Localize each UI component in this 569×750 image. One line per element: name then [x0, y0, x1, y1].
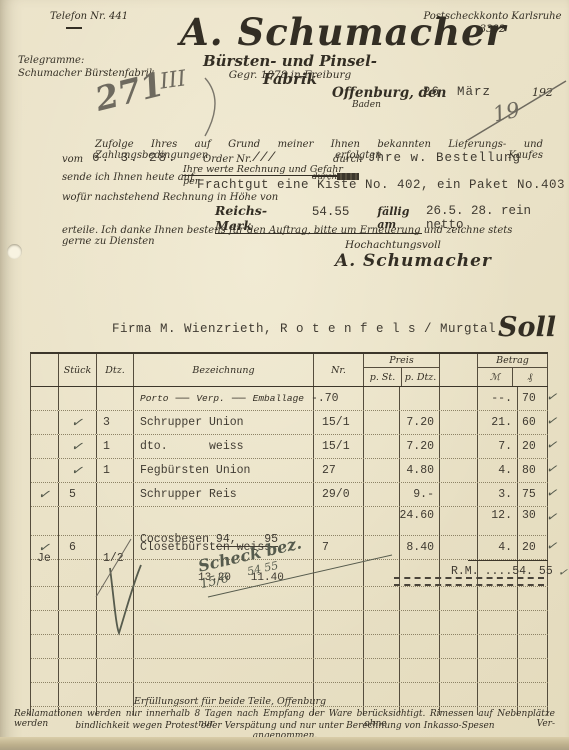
emballage-label: Emballage — [253, 393, 304, 404]
page-bottom-edge — [0, 737, 569, 750]
year-preprint: 192 — [532, 86, 553, 99]
telegramme-label: Telegramme: — [18, 55, 84, 66]
betrag-pf-header: ₰ — [512, 368, 547, 386]
vom-value: 6. 3. 28. — [92, 151, 178, 165]
col-stueck-header: Stück — [59, 354, 97, 386]
betrag-header: Betrag — [478, 354, 547, 368]
col-bezeichnung-header: Bezeichnung — [134, 354, 314, 386]
betrag-pf-cell: 60✓ — [518, 411, 548, 434]
wofuer-label: wofür nachstehend Rechnung in Höhe von — [62, 192, 278, 203]
erfuellungsort-line: Erfüllungsort für beide Teile, Offenburg — [130, 696, 330, 707]
col-margin-header — [31, 354, 59, 386]
dtz-cell: 3 — [97, 411, 134, 434]
date-typed: 26. März — [423, 85, 491, 99]
preis-p-st-header: p. St. — [364, 368, 401, 386]
betrag-mark-cell: 7. — [478, 435, 518, 458]
betrag-mark-cell: 21. — [478, 411, 518, 434]
betrag-pf-cell: 20✓ — [518, 536, 548, 559]
bezeichnung-cell: Schrupper Union — [134, 411, 314, 434]
company-founded: Gegr. 1878 in Freiburg — [180, 69, 400, 81]
nr-cell: 15/1 — [314, 435, 364, 458]
betrag-subheaders: ℳ ₰ — [478, 368, 547, 386]
col-dtz-header: Dtz. — [97, 354, 134, 386]
table-row: ✓ 5 Schrupper Reis 29/0 9.- 3. 75✓ — [31, 483, 548, 507]
table-row: ✓ 1 dto. weiss 15/1 7.20 7. 20✓ — [31, 435, 548, 459]
table-header: Stück Dtz. Bezeichnung Nr. Preis p. St. … — [31, 354, 548, 387]
betrag-pf-cell: 75✓ — [518, 483, 548, 506]
invoice-table: Stück Dtz. Bezeichnung Nr. Preis p. St. … — [30, 352, 548, 715]
check-mark: ✓ — [544, 461, 560, 477]
nr-cell: 15/1 — [314, 411, 364, 434]
col-nr-header: Nr. — [314, 354, 364, 386]
postscheck-line2: 3392 — [420, 24, 565, 35]
check-mark: ✓ — [544, 485, 560, 501]
stueck-cell: 5 — [59, 483, 97, 506]
betrag-pf-cell: 20✓ — [518, 435, 548, 458]
betrag-mark-cell: 4. — [478, 536, 518, 559]
total-double-dash-rule — [394, 577, 544, 586]
sende-label: sende ich Ihnen heute auf — [62, 172, 194, 183]
empty-row — [31, 611, 548, 635]
empty-row — [31, 659, 548, 683]
check-mark: ✓ — [544, 509, 560, 525]
check-mark: ✓ — [36, 539, 53, 556]
p-dtz-cell: 4.80 — [400, 459, 440, 482]
col-preis-group: Preis p. St. p. Dtz. — [364, 354, 440, 386]
soll-label: Soll — [498, 312, 556, 343]
table-row: Je 1/2 Cocosbesen 94, 95 13.20 11.40 24.… — [31, 507, 548, 536]
betrag-pf-cell: 70✓ — [518, 387, 548, 410]
empty-row — [31, 587, 548, 611]
total-overline — [468, 560, 548, 561]
p-dtz-cell: 9.- — [400, 483, 440, 506]
postscheck-line1: Postscheckkonto Karlsruhe — [420, 11, 565, 22]
nr-cell: 27 — [314, 459, 364, 482]
dtz-cell: 1 — [97, 435, 134, 458]
betrag-mark-cell: 4. — [478, 459, 518, 482]
handwritten-reference-roman: III — [158, 66, 187, 94]
regards-label: Hochachtungsvoll — [345, 239, 441, 251]
telefon-number: Telefon Nr. 441 — [50, 11, 128, 22]
telefon-dash — [66, 27, 82, 29]
p-dtz-cell: 7.20 — [400, 435, 440, 458]
check-mark: ✓ — [544, 437, 560, 453]
betrag-pf-cell: 80✓ — [518, 459, 548, 482]
p-dtz-cell: 7.20 — [400, 411, 440, 434]
bezeichnung-cell: Fegbürsten Union — [134, 459, 314, 482]
handwritten-year: 19 — [491, 97, 522, 126]
check-mark: ✓ — [36, 486, 53, 503]
durch-value: Jhre w. Bestellung — [368, 151, 521, 165]
check-mark: ✓ — [69, 462, 86, 479]
verp-dash: —— — [232, 392, 246, 405]
verp-label: Verp. — [196, 393, 225, 404]
col-betrag-group: Betrag ℳ ₰ — [478, 354, 548, 386]
porto-row-cell: Porto —— Verp. —— Emballage -.70 — [134, 387, 314, 410]
check-mark: ✓ — [544, 538, 560, 554]
dtz-cell: 1 — [97, 459, 134, 482]
closing-line: erteile. Ich danke Ihnen bestens für den… — [62, 225, 544, 247]
company-name: A. Schumacher — [180, 10, 400, 54]
signature-preprint: A. Schumacher — [335, 251, 492, 271]
order-value: /// — [252, 150, 275, 165]
table-row: ✓ 3 Schrupper Union 15/1 7.20 21. 60✓ — [31, 411, 548, 435]
shipping-typed: Frachtgut eine Kiste No. 402, ein Paket … — [197, 178, 565, 192]
check-mark: ✓ — [544, 413, 560, 429]
vom-label: vom — [62, 154, 83, 165]
preis-subheaders: p. St. p. Dtz. — [364, 368, 439, 386]
preis-header: Preis — [364, 354, 439, 368]
place-sub: Baden — [352, 100, 381, 110]
nr-cell: 29/0 — [314, 483, 364, 506]
check-mark: ✓ — [556, 565, 569, 580]
invoice-document: Telefon Nr. 441 Telegramme: Schumacher B… — [0, 0, 569, 750]
table-row: Porto —— Verp. —— Emballage -.70 --. 70✓ — [31, 387, 548, 411]
betrag-mark-header: ℳ — [478, 368, 512, 386]
bezeichnung-cell: Schrupper Reis — [134, 483, 314, 506]
porto-dash: —— — [176, 392, 190, 405]
check-mark: ✓ — [544, 389, 560, 405]
amount-typed: 54.55 — [312, 205, 350, 219]
punch-hole — [7, 244, 22, 259]
porto-label: Porto — [140, 393, 169, 404]
empty-row — [31, 635, 548, 659]
bezeichnung-cell: dto. weiss — [134, 435, 314, 458]
betrag-mark-cell: 3. — [478, 483, 518, 506]
check-mark: ✓ — [69, 414, 86, 431]
stueck-cell: 6 — [59, 536, 97, 559]
preis-p-dtz-header: p. Dtz. — [401, 368, 439, 386]
table-row: ✓ 1 Fegbürsten Union 27 4.80 4. 80✓ — [31, 459, 548, 483]
customer-line: Firma M. Wienzrieth, R o t e n f e l s /… — [112, 322, 496, 336]
check-mark: ✓ — [69, 438, 86, 455]
col-extra-header — [440, 354, 478, 386]
betrag-mark-cell: --. — [478, 387, 518, 410]
nr-cell: 7 — [314, 536, 364, 559]
p-dtz-cell: 8.40 — [400, 536, 440, 559]
